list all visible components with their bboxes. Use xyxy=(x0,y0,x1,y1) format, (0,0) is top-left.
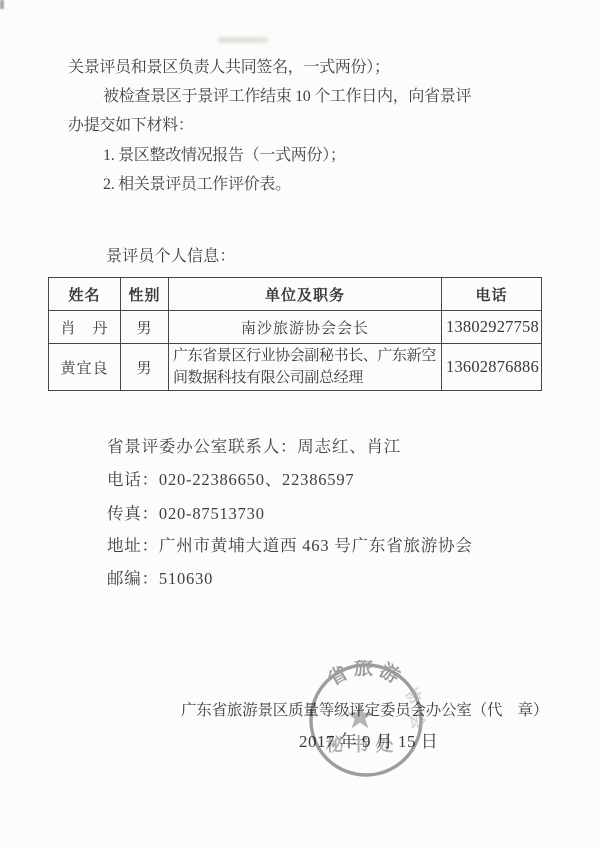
contact-postcode-line: 邮编：510630 xyxy=(107,565,213,589)
paragraph-line-1: 关景评员和景区负责人共同签名，一式两份）； xyxy=(68,58,390,77)
seal-bottom-text: 秘书处 xyxy=(326,734,401,755)
list-item-2: 2. 相关景评员工作评价表。 xyxy=(103,175,291,194)
evaluator-info-table: 姓名 性别 单位及职务 电话 肖 丹 男 南沙旅游协会会长 1380292775… xyxy=(48,277,542,391)
list-item-1: 1. 景区整改情况报告（一式两份）； xyxy=(103,146,346,165)
contact-fax-line: 传真：020-87513730 xyxy=(107,500,265,524)
table-heading: 景评员个人信息： xyxy=(106,243,236,266)
cell-name: 肖 丹 xyxy=(49,311,121,344)
contact-phone-line: 电话：020-22386650、22386597 xyxy=(107,466,354,490)
seal-star-icon xyxy=(347,703,374,728)
seal-side-char-2: 会 xyxy=(407,712,426,731)
cell-name: 黄宜良 xyxy=(49,344,121,391)
cell-position: 南沙旅游协会会长 xyxy=(169,311,442,344)
table-header-row: 姓名 性别 单位及职务 电话 xyxy=(49,278,542,311)
cell-gender: 男 xyxy=(121,311,169,344)
scan-artifact-smudge xyxy=(218,37,268,43)
document-page: 关景评员和景区负责人共同签名，一式两份）； 被检查景区于景评工作结束 10 个工… xyxy=(0,0,600,848)
table-row: 肖 丹 男 南沙旅游协会会长 13802927758 xyxy=(49,311,542,344)
seal-ring xyxy=(311,665,421,775)
col-header-position: 单位及职务 xyxy=(169,278,442,311)
paragraph-line-3: 办提交如下材料： xyxy=(68,116,194,135)
seal-side-char-1: 协 xyxy=(402,685,426,709)
paragraph-line-2: 被检查景区于景评工作结束 10 个工作日内，向省景评 xyxy=(103,87,471,106)
contact-person-line: 省景评委办公室联系人：周志红、肖江 xyxy=(107,433,401,457)
col-header-name: 姓名 xyxy=(49,278,121,311)
cell-phone: 13602876886 xyxy=(442,344,542,391)
seal-arc-text: 省旅游 xyxy=(324,660,409,690)
cell-phone: 13802927758 xyxy=(442,311,542,344)
official-seal: 省旅游 协 会 秘书处 xyxy=(306,660,426,780)
cell-gender: 男 xyxy=(121,344,169,391)
scan-artifact-corner xyxy=(0,0,4,9)
col-header-gender: 性别 xyxy=(121,278,169,311)
col-header-phone: 电话 xyxy=(442,278,542,311)
table-row: 黄宜良 男 广东省景区行业协会副秘书长、广东新空间数据科技有限公司副总经理 13… xyxy=(49,344,542,391)
contact-address-line: 地址：广州市黄埔大道西 463 号广东省旅游协会 xyxy=(107,532,473,556)
cell-position: 广东省景区行业协会副秘书长、广东新空间数据科技有限公司副总经理 xyxy=(169,344,442,391)
